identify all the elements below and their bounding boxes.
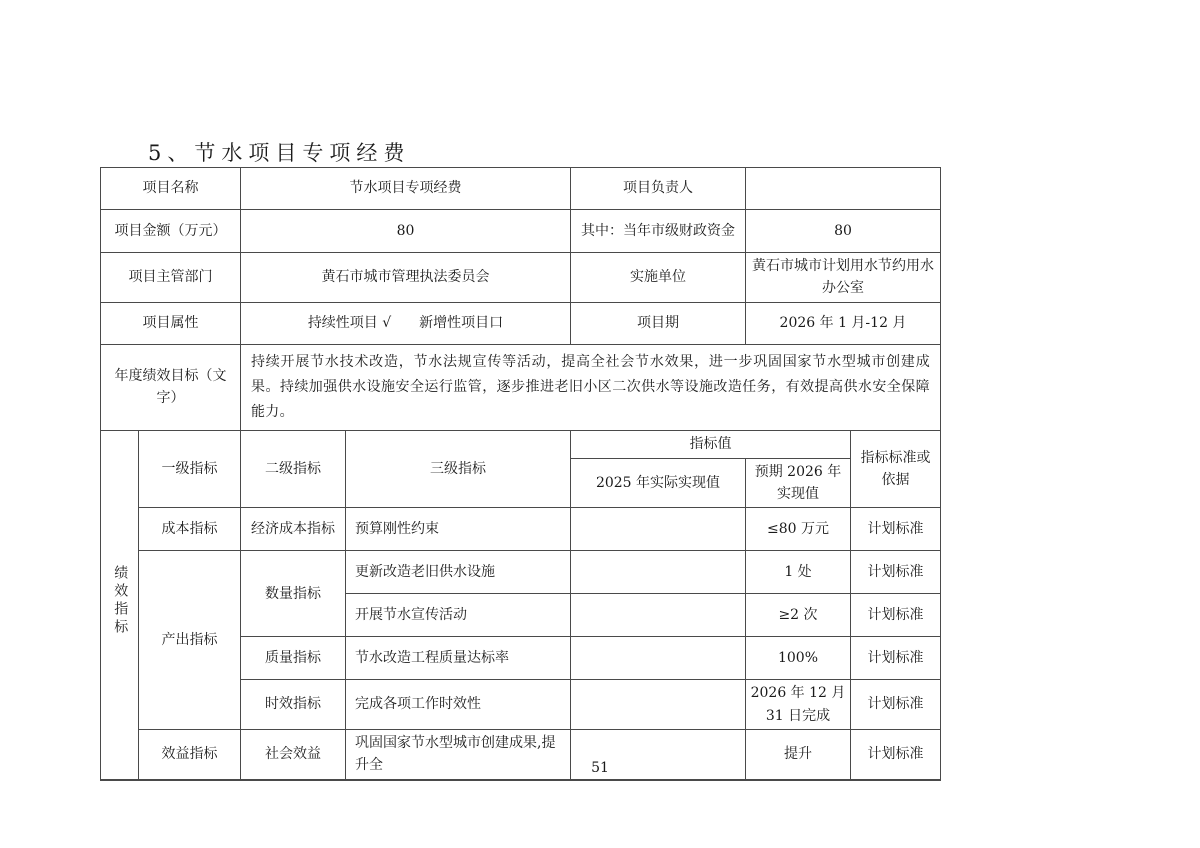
project-attribute-label: 项目属性: [101, 302, 241, 344]
value-2025-cell: [571, 551, 746, 594]
level2-cell: 经济成本指标: [241, 508, 346, 551]
standard-cell: 计划标准: [851, 594, 941, 637]
level2-cell: 数量指标: [241, 551, 346, 637]
project-leader-label: 项目负责人: [571, 168, 746, 210]
implementing-unit-value: 黄石市城市计划用水节约用水办公室: [746, 253, 941, 303]
value-2026-cell: ≥2 次: [746, 594, 851, 637]
goal-row: 年度绩效目标（文字） 持续开展节水技术改造，节水法规宣传等活动，提高全社会节水效…: [101, 344, 941, 430]
standard-cell: 计划标准: [851, 551, 941, 594]
level3-cell: 节水改造工程质量达标率: [346, 637, 571, 680]
section-title: 5、节水项目专项经费: [148, 137, 410, 167]
level2-cell: 质量指标: [241, 637, 346, 680]
level3-cell: 完成各项工作时效性: [346, 680, 571, 730]
project-period-value: 2026 年 1 月-12 月: [746, 302, 941, 344]
annual-goal-text: 持续开展节水技术改造，节水法规宣传等活动，提高全社会节水效果，进一步巩固国家节水…: [241, 344, 941, 430]
annual-goal-label: 年度绩效目标（文字）: [101, 344, 241, 430]
info-row: 项目名称 节水项目专项经费 项目负责人: [101, 168, 941, 210]
value-2025-cell: [571, 637, 746, 680]
indicator-row: 成本指标 经济成本指标 预算刚性约束 ≤80 万元 计划标准: [101, 508, 941, 551]
level3-cell: 开展节水宣传活动: [346, 594, 571, 637]
info-row: 项目主管部门 黄石市城市管理执法委员会 实施单位 黄石市城市计划用水节约用水办公…: [101, 253, 941, 303]
project-budget-table: 项目名称 节水项目专项经费 项目负责人 项目金额（万元） 80 其中：当年市级财…: [100, 167, 941, 781]
value-2025-cell: [571, 508, 746, 551]
supervising-dept-value: 黄石市城市管理执法委员会: [241, 253, 571, 303]
project-amount-label: 项目金额（万元）: [101, 210, 241, 253]
project-name-label: 项目名称: [101, 168, 241, 210]
level1-cell: 产出指标: [139, 551, 241, 730]
value-2026-cell: 100%: [746, 637, 851, 680]
value-2026-cell: ≤80 万元: [746, 508, 851, 551]
implementing-unit-label: 实施单位: [571, 253, 746, 303]
standard-cell: 计划标准: [851, 680, 941, 730]
supervising-dept-label: 项目主管部门: [101, 253, 241, 303]
project-leader-value: [746, 168, 941, 210]
value-2025-cell: [571, 594, 746, 637]
document-page: 5、节水项目专项经费 项目名称 节水项目专项经费 项目负责人 项目金额（万元） …: [0, 0, 1200, 848]
info-row: 项目金额（万元） 80 其中：当年市级财政资金 80: [101, 210, 941, 253]
indicator-standard-header: 指标标准或依据: [851, 430, 941, 508]
value-2025-header: 2025 年实际实现值: [571, 458, 746, 508]
level3-header: 三级指标: [346, 430, 571, 508]
level1-header: 一级指标: [139, 430, 241, 508]
indicator-row: 产出指标 数量指标 更新改造老旧供水设施 1 处 计划标准: [101, 551, 941, 594]
level3-cell: 预算刚性约束: [346, 508, 571, 551]
info-row: 项目属性 持续性项目 √ 新增性项目口 项目期 2026 年 1 月-12 月: [101, 302, 941, 344]
level1-cell: 成本指标: [139, 508, 241, 551]
city-funds-value: 80: [746, 210, 941, 253]
value-2026-header: 预期 2026 年实现值: [746, 458, 851, 508]
project-name-value: 节水项目专项经费: [241, 168, 571, 210]
value-2025-cell: [571, 680, 746, 730]
project-amount-value: 80: [241, 210, 571, 253]
value-2026-cell: 2026 年 12 月 31 日完成: [746, 680, 851, 730]
standard-cell: 计划标准: [851, 637, 941, 680]
indicator-header-row: 绩效指标 一级指标 二级指标 三级指标 指标值 指标标准或依据: [101, 430, 941, 458]
level2-header: 二级指标: [241, 430, 346, 508]
city-funds-label: 其中：当年市级财政资金: [571, 210, 746, 253]
project-period-label: 项目期: [571, 302, 746, 344]
standard-cell: 计划标准: [851, 508, 941, 551]
side-label-text: 绩效指标: [112, 565, 127, 637]
project-attribute-value: 持续性项目 √ 新增性项目口: [241, 302, 571, 344]
page-number: 51: [0, 760, 1200, 776]
level3-cell: 更新改造老旧供水设施: [346, 551, 571, 594]
value-2026-cell: 1 处: [746, 551, 851, 594]
level2-cell: 时效指标: [241, 680, 346, 730]
performance-indicators-side-label: 绩效指标: [101, 430, 139, 780]
indicator-value-header: 指标值: [571, 430, 851, 458]
